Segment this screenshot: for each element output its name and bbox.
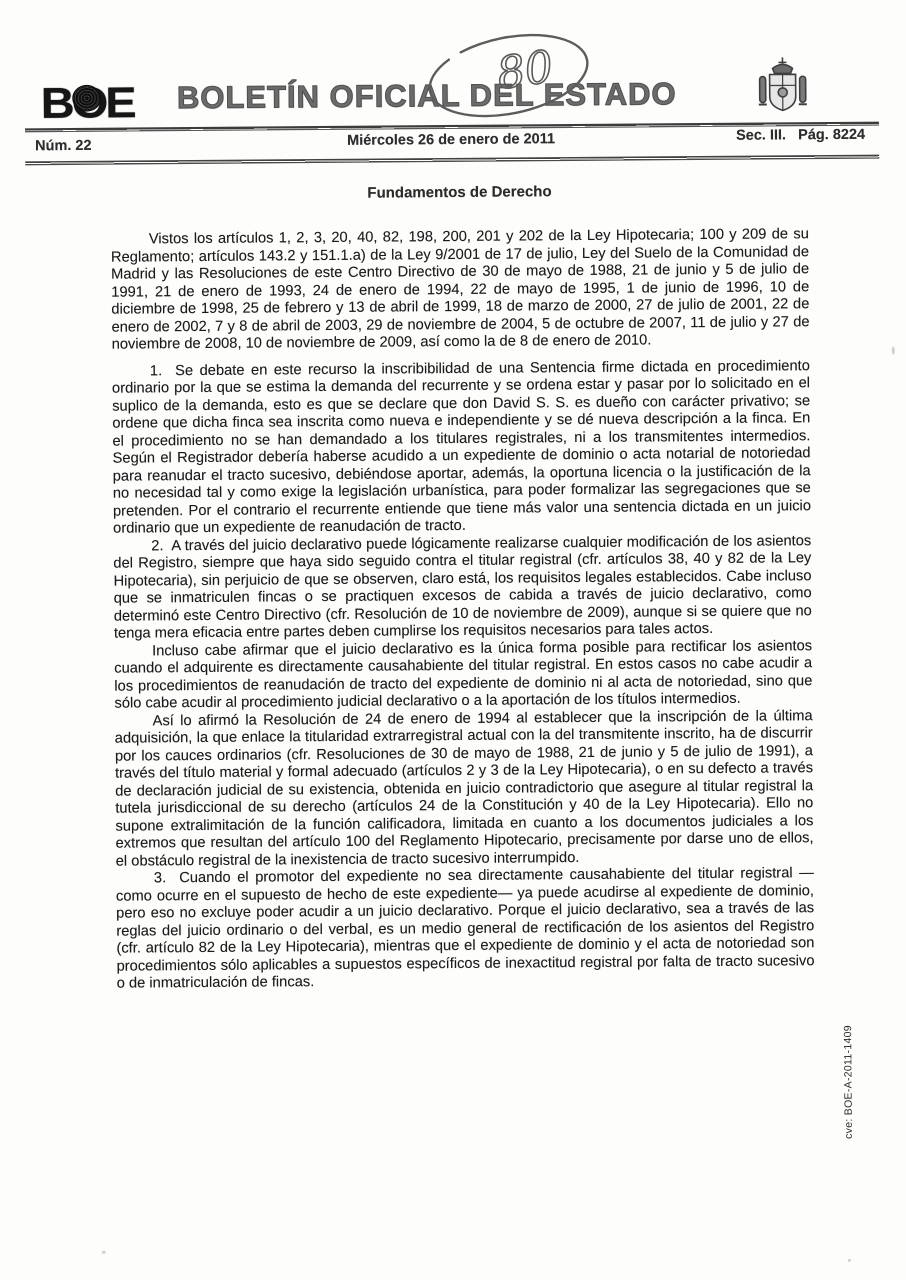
- section-page: Sec. III. Pág. 8224: [736, 127, 865, 144]
- paragraph-incluso-cabe: Incluso cabe afirmar que el juicio decla…: [114, 638, 813, 713]
- paragraph-3-promotor: 3. Cuando el promotor del expediente no …: [116, 865, 815, 993]
- document-heading: Fundamentos de Derecho: [110, 181, 808, 203]
- scanned-boe-page: { "page": { "background": "#fdfdfc", "in…: [0, 0, 906, 1280]
- boe-logo-emblem-icon: [74, 86, 100, 110]
- boe-logo: BOE: [41, 77, 134, 128]
- issue-info-row: Núm. 22 Miércoles 26 de enero de 2011 Se…: [35, 129, 867, 158]
- scan-speck: [102, 1251, 106, 1254]
- spanish-coat-of-arms-icon: [756, 52, 809, 124]
- scan-speck: [848, 1259, 851, 1262]
- masthead-title: BOLETÍN OFICIAL DEL ESTADO: [147, 76, 707, 116]
- paragraph-vistos: Vistos los artículos 1, 2, 3, 20, 40, 82…: [111, 226, 810, 354]
- document-body: Vistos los artículos 1, 2, 3, 20, 40, 82…: [111, 226, 815, 993]
- scan-speck: [892, 347, 895, 355]
- paragraph-1-se-debate: 1. Se debate en este recurso la inscribi…: [112, 358, 811, 538]
- cve-identifier: cve: BOE-A-2011-1409: [842, 1009, 855, 1139]
- paragraph-asi-lo-afirmo: Así lo afirmó la Resolución de 24 de ene…: [115, 708, 814, 871]
- paragraph-2-juicio-declarativo: 2. A través del juicio declarativo puede…: [113, 533, 812, 643]
- document-sheet: BOE BOLETÍN OFICIAL DEL ESTADO 80 Núm. 2…: [0, 0, 906, 1280]
